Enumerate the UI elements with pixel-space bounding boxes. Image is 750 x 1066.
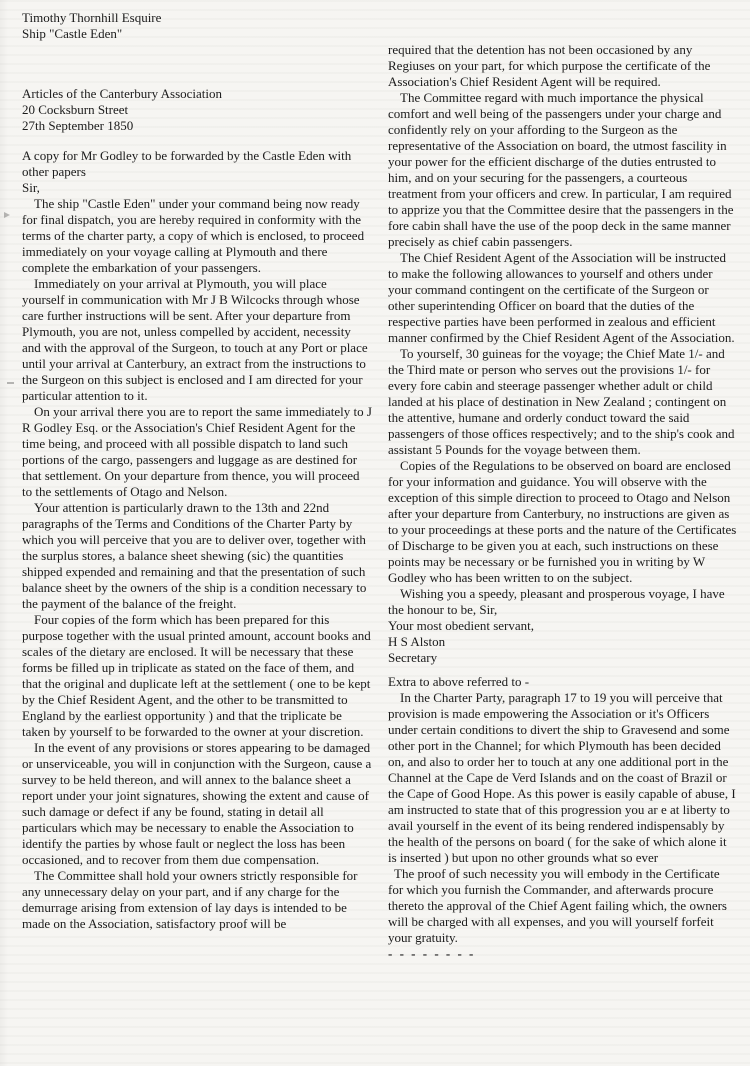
recipient-name: Timothy Thornhill Esquire <box>22 10 372 26</box>
scan-artifact <box>4 212 10 218</box>
paragraph-left-2: Immediately on your arrival at Plymouth,… <box>22 276 372 404</box>
paragraph-right-4: To yourself, 30 guineas for the voyage; … <box>388 346 738 458</box>
sender-street: 20 Cocksburn Street <box>22 102 372 118</box>
scan-artifact <box>7 382 14 384</box>
sender-address-block: Articles of the Canterbury Association 2… <box>22 86 372 134</box>
copy-note: A copy for Mr Godley to be forwarded by … <box>22 148 372 180</box>
paragraph-right-5: Copies of the Regulations to be observed… <box>388 458 738 586</box>
paragraph-right-3: The Chief Resident Agent of the Associat… <box>388 250 738 346</box>
letter-date: 27th September 1850 <box>22 118 372 134</box>
postscript-heading: Extra to above referred to - <box>388 674 738 690</box>
paragraph-right-2: The Committee regard with much importanc… <box>388 90 738 250</box>
postscript-paragraph-2: The proof of such necessity you will emb… <box>388 866 738 946</box>
signature-name: H S Alston <box>388 634 738 650</box>
paragraph-right-1: required that the detention has not been… <box>388 42 738 90</box>
salutation: Sir, <box>22 180 372 196</box>
right-column: required that the detention has not been… <box>388 42 738 962</box>
scanned-letter-page: Timothy Thornhill Esquire Ship "Castle E… <box>0 0 750 1066</box>
paragraph-left-3: On your arrival there you are to report … <box>22 404 372 500</box>
end-dashes: - - - - - - - - <box>388 946 738 962</box>
signature-role: Secretary <box>388 650 738 666</box>
paragraph-left-1: The ship "Castle Eden" under your comman… <box>22 196 372 276</box>
paragraph-left-4: Your attention is particularly drawn to … <box>22 500 372 612</box>
paragraph-left-5: Four copies of the form which has been p… <box>22 612 372 740</box>
recipient-ship: Ship "Castle Eden" <box>22 26 372 42</box>
sender-organisation: Articles of the Canterbury Association <box>22 86 372 102</box>
closing-valediction: Your most obedient servant, <box>388 618 738 634</box>
recipient-block: Timothy Thornhill Esquire Ship "Castle E… <box>22 10 372 42</box>
paragraph-right-6: Wishing you a speedy, pleasant and prosp… <box>388 586 738 618</box>
postscript-paragraph-1: In the Charter Party, paragraph 17 to 19… <box>388 690 738 866</box>
paragraph-left-6: In the event of any provisions or stores… <box>22 740 372 868</box>
left-column: Timothy Thornhill Esquire Ship "Castle E… <box>22 10 372 932</box>
paragraph-left-7: The Committee shall hold your owners str… <box>22 868 372 932</box>
closing-block: Your most obedient servant, H S Alston S… <box>388 618 738 666</box>
